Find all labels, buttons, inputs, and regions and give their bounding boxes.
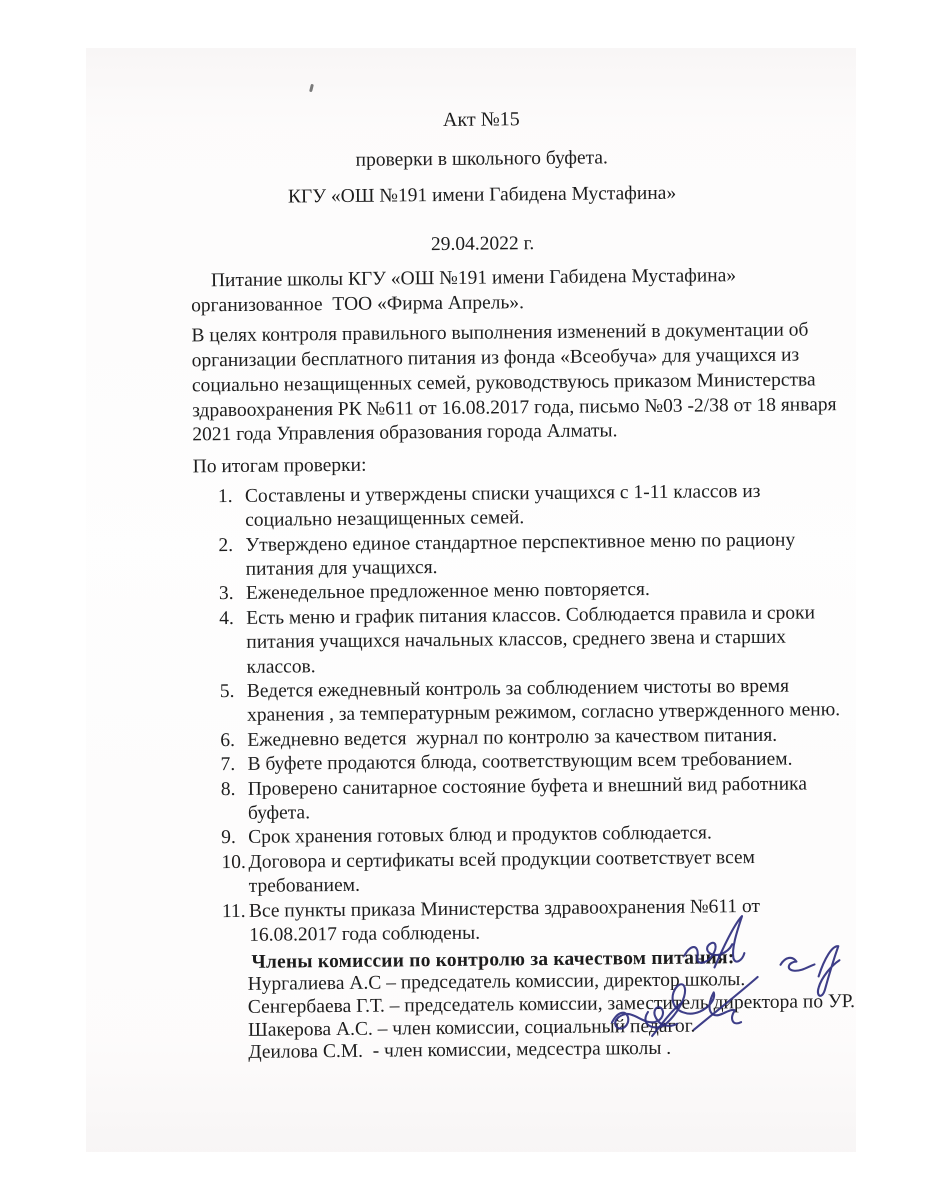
result-number: 2. <box>215 533 245 558</box>
result-item: 8.Проверено санитарное состояние буфета … <box>218 772 852 827</box>
result-number: 10. <box>218 851 248 876</box>
document-subtitle: проверки в школьного буфета. <box>157 144 807 175</box>
organization-block: КГУ «ОШ №191 имени Габидена Мустафина» 2… <box>157 181 808 261</box>
result-number: 5. <box>217 680 247 705</box>
result-item: 11.Все пункты приказа Министерства здрав… <box>219 894 853 949</box>
result-item: 4.Есть меню и график питания классов. Со… <box>216 601 851 680</box>
result-item: 1.Составлены и утверждены списки учащихс… <box>215 479 849 534</box>
result-number: 4. <box>216 607 246 632</box>
title-block: Акт №15 проверки в школьного буфета. КГУ… <box>156 104 807 260</box>
paragraph-catering: Питание школы КГУ «ОШ №191 имени Габиден… <box>191 263 847 319</box>
result-item: 2.Утверждено единое стандартное перспект… <box>215 528 849 583</box>
result-number: 9. <box>218 826 248 851</box>
result-text: Проверено санитарное состояние буфета и … <box>248 772 808 826</box>
result-item: 10.Договора и сертификаты всей продукции… <box>218 845 852 900</box>
result-text: Все пункты приказа Министерства здравоох… <box>249 895 761 949</box>
paragraph-purpose: В целях контроля правильного выполнения … <box>191 319 848 449</box>
result-number: 8. <box>218 777 248 802</box>
result-number: 3. <box>216 582 246 607</box>
result-text: Ведется ежедневный контроль за соблюдени… <box>247 674 841 729</box>
results-heading: По итогам проверки: <box>193 449 849 480</box>
document-date: 29.04.2022 г. <box>431 234 535 256</box>
document-title: Акт №15 <box>156 104 806 135</box>
result-number: 7. <box>217 753 247 778</box>
scanned-page: Акт №15 проверки в школьного буфета. КГУ… <box>0 0 927 1200</box>
result-item: 5.Ведется ежедневный контроль за соблюде… <box>217 674 851 729</box>
commission-block: Члены комиссии по контролю за качеством … <box>247 946 854 1064</box>
results-list: 1.Составлены и утверждены списки учащихс… <box>215 479 853 949</box>
result-text: Есть меню и график питания классов. Собл… <box>246 601 816 680</box>
document-content: Акт №15 проверки в школьного буфета. КГУ… <box>188 0 854 1065</box>
result-text: Утверждено единое стандартное перспектив… <box>245 528 795 582</box>
result-text: Составлены и утверждены списки учащихся … <box>245 480 761 534</box>
result-text: Договора и сертификаты всей продукции со… <box>248 846 755 900</box>
result-number: 1. <box>215 485 245 510</box>
result-number: 6. <box>217 729 247 754</box>
result-number: 11. <box>219 899 249 924</box>
organization-name: КГУ «ОШ №191 имени Габидена Мустафина» <box>288 183 676 208</box>
